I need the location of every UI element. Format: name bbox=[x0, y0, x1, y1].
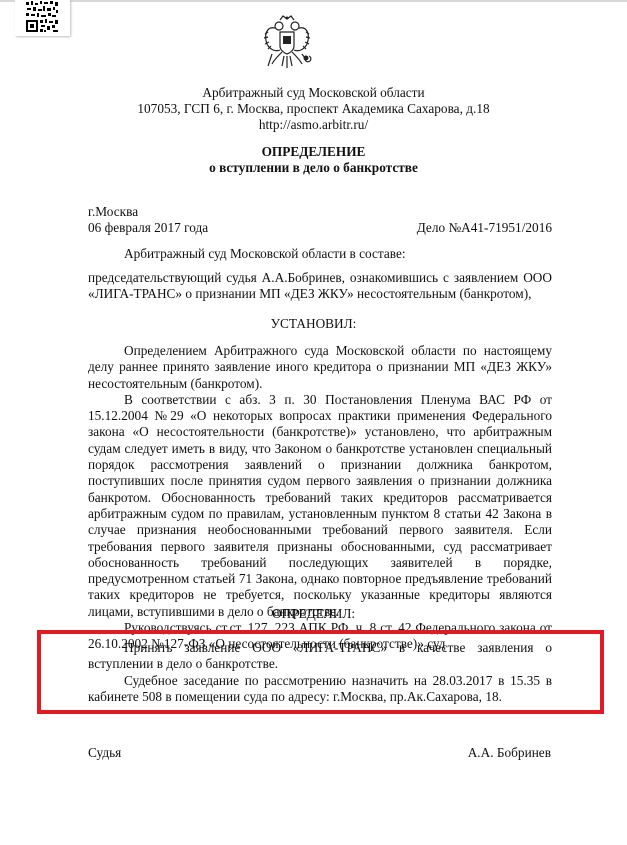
court-composition-intro: Арбитражный суд Московской области в сос… bbox=[124, 246, 406, 262]
coat-of-arms-icon bbox=[262, 14, 312, 72]
ruling-paragraph-1: Принять заявление ООО «ЛИГА-ТРАНС» в кач… bbox=[88, 640, 552, 673]
court-address: 107053, ГСП 6, г. Москва, проспект Акаде… bbox=[0, 100, 627, 117]
composition-paragraph: председательствующий судья А.А.Бобринев,… bbox=[88, 270, 552, 303]
established-paragraph-1: Определением Арбитражного суда Московско… bbox=[88, 343, 552, 392]
court-website-link[interactable]: http://asmo.arbitr.ru/ bbox=[0, 116, 627, 133]
established-heading: УСТАНОВИЛ: bbox=[0, 316, 627, 332]
signature-name: А.А. Бобринев bbox=[468, 745, 551, 761]
ruling-paragraph-2: Судебное заседание по рассмотрению назна… bbox=[88, 673, 552, 706]
qr-code-icon bbox=[15, 0, 70, 36]
ruling-heading: ОПРЕДЕЛИЛ: bbox=[0, 606, 627, 622]
page-top-edge bbox=[0, 0, 627, 2]
document-subtitle: о вступлении в дело о банкротстве bbox=[0, 159, 627, 176]
composition-text: председательствующий судья А.А.Бобринев,… bbox=[88, 270, 552, 303]
document-title: ОПРЕДЕЛЕНИЕ bbox=[0, 143, 627, 160]
ruling-section: Принять заявление ООО «ЛИГА-ТРАНС» в кач… bbox=[88, 640, 552, 705]
court-name: Арбитражный суд Московской области bbox=[0, 84, 627, 101]
document-date: 06 февраля 2017 года bbox=[88, 220, 208, 236]
document-city: г.Москва bbox=[88, 204, 138, 220]
signature-role: Судья bbox=[88, 745, 121, 761]
established-paragraph-2: В соответствии с абз. 3 п. 30 Постановле… bbox=[88, 392, 552, 620]
case-number: Дело №А41-71951/2016 bbox=[417, 220, 552, 236]
